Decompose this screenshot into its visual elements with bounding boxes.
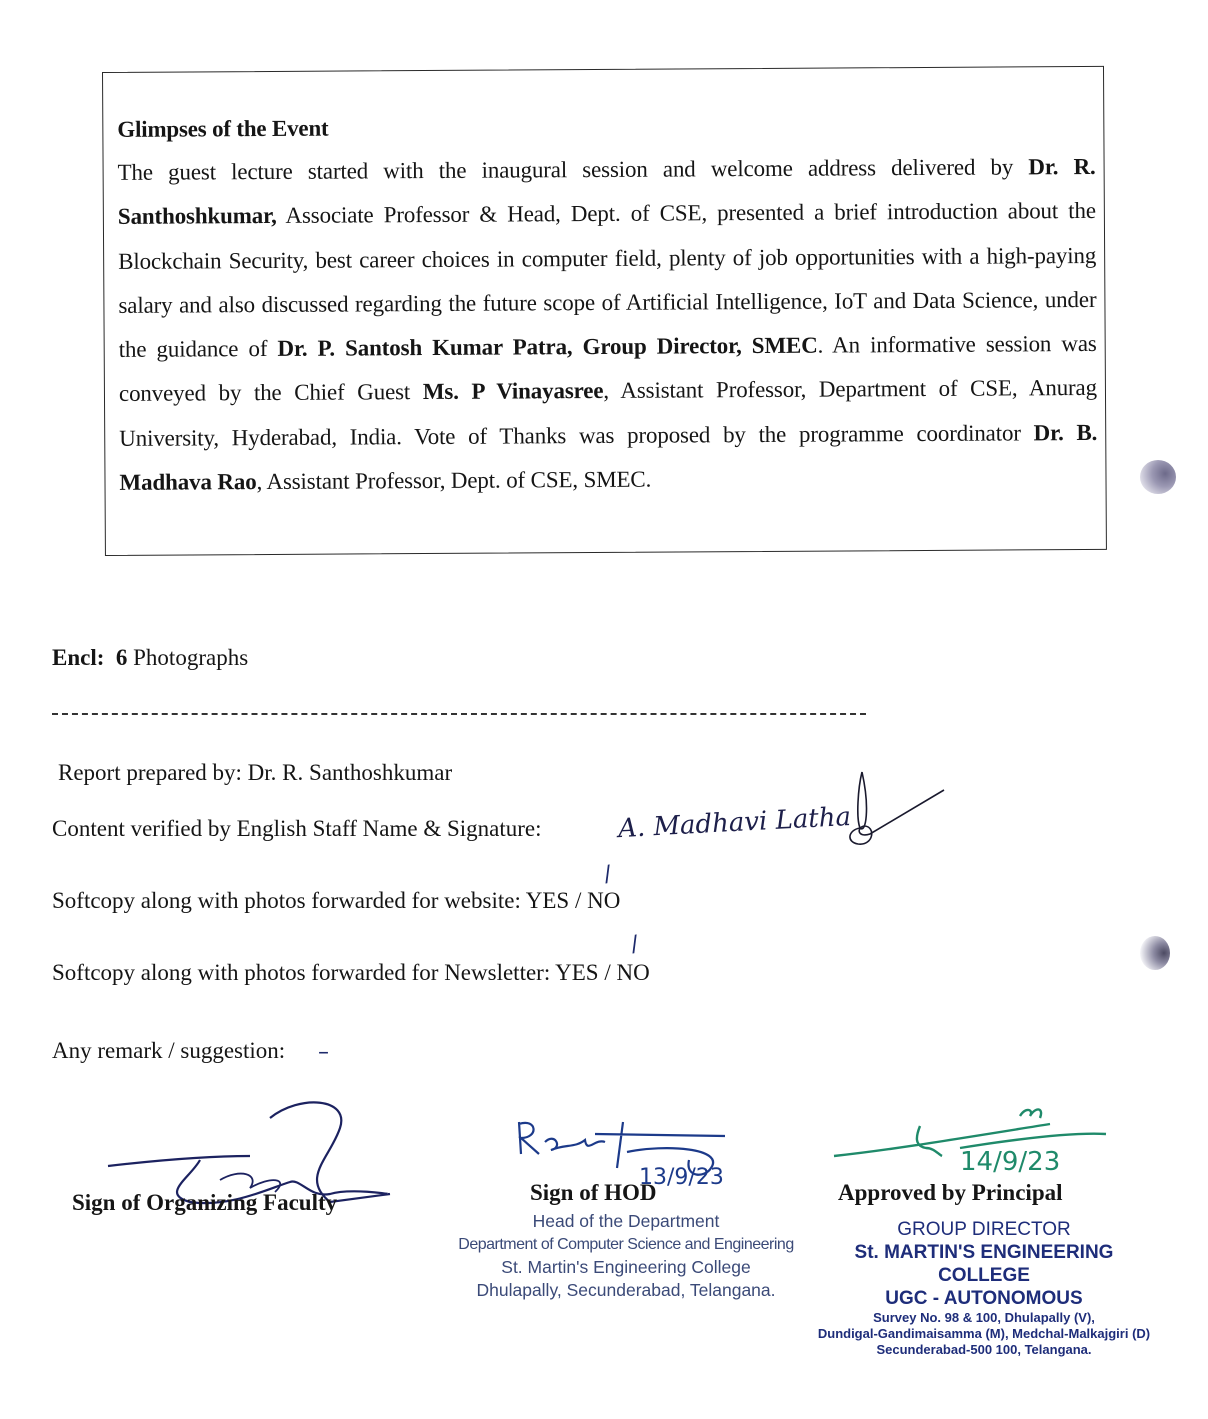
section-heading: Glimpses of the Event — [117, 116, 328, 143]
verifier-signature-mark — [840, 768, 950, 852]
hod-stamp-department: Department of Computer Science and Engin… — [446, 1233, 806, 1256]
enclosure-item: Photographs — [133, 645, 248, 670]
website-forward-line: Softcopy along with photos forwarded for… — [52, 888, 620, 914]
remark-value: – — [318, 1040, 329, 1065]
hod-stamp: Head of the Department Department of Com… — [446, 1210, 806, 1302]
paragraph-text: The guest lecture started with the inaug… — [118, 154, 1029, 185]
principal-stamp: GROUP DIRECTOR St. MARTIN'S ENGINEERING … — [806, 1218, 1162, 1358]
hod-stamp-address: Dhulapally, Secunderabad, Telangana. — [446, 1279, 806, 1302]
highlighted-name: Dr. P. Santosh Kumar Patra, Group Direct… — [277, 333, 817, 361]
faculty-sign-label: Sign of Organizing Faculty — [72, 1190, 337, 1216]
remark-label: Any remark / suggestion: — [52, 1038, 285, 1064]
check-mark-icon: / — [602, 862, 614, 888]
principal-stamp-address-3: Secunderabad-500 100, Telangana. — [806, 1342, 1162, 1358]
paragraph-text: , Assistant Professor, Dept. of CSE, SME… — [256, 467, 651, 494]
principal-stamp-address-2: Dundigal-Gandimaisamma (M), Medchal-Malk… — [806, 1326, 1162, 1342]
enclosure-line: Encl: 6 Photographs — [52, 645, 248, 671]
principal-stamp-address-1: Survey No. 98 & 100, Dhulapally (V), — [806, 1310, 1162, 1326]
event-description: The guest lecture started with the inaug… — [117, 145, 1097, 505]
punch-hole-icon — [1140, 460, 1176, 494]
punch-hole-icon — [1140, 936, 1170, 970]
prepared-by-line: Report prepared by: Dr. R. Santhoshkumar — [58, 760, 452, 786]
event-summary-box: Glimpses of the Event The guest lecture … — [102, 66, 1107, 556]
principal-stamp-status: UGC - AUTONOMOUS — [806, 1287, 1162, 1310]
highlighted-name: Ms. P Vinayasree — [423, 378, 604, 404]
principal-approval-label: Approved by Principal — [838, 1180, 1063, 1206]
enclosure-label: Encl: — [52, 645, 104, 670]
verifier-handwritten-name: A. Madhavi Latha — [617, 802, 851, 844]
enclosure-count: 6 — [116, 645, 128, 670]
verified-by-label: Content verified by English Staff Name &… — [52, 816, 542, 842]
principal-signature: 14/9/23 — [830, 1096, 1130, 1176]
dashed-divider — [52, 713, 866, 715]
newsletter-forward-line: Softcopy along with photos forwarded for… — [52, 960, 650, 986]
check-mark-icon: / — [629, 932, 641, 958]
hod-sign-label: Sign of HOD — [530, 1180, 657, 1206]
principal-stamp-college: St. MARTIN'S ENGINEERING COLLEGE — [806, 1241, 1162, 1287]
principal-stamp-title: GROUP DIRECTOR — [806, 1218, 1162, 1241]
hod-stamp-title: Head of the Department — [446, 1210, 806, 1233]
svg-text:14/9/23: 14/9/23 — [960, 1147, 1060, 1177]
hod-stamp-college: St. Martin's Engineering College — [446, 1256, 806, 1279]
